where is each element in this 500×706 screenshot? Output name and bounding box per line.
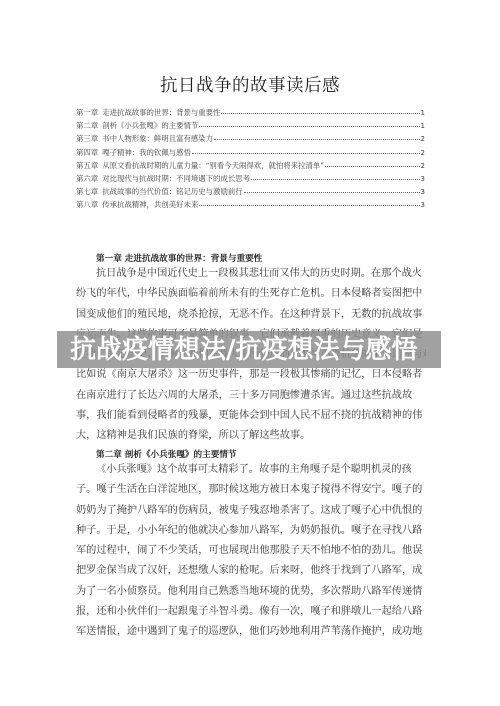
toc-entry[interactable]: 第四章 嘎子精神：我的钦佩与感悟 2 xyxy=(76,147,425,160)
toc-chapter-number: 第五章 xyxy=(76,160,98,171)
toc-entry-title: 传承抗战精神，共创美好未来 xyxy=(102,199,198,210)
paragraph-line: 在南京进行了长达六周的大屠杀，三十多万同胞惨遭杀害。通过这些抗战故 xyxy=(76,386,426,406)
toc-entry[interactable]: 第七章 抗战故事的当代价值：铭记历史与激励前行 3 xyxy=(76,186,425,199)
toc-chapter-number: 第四章 xyxy=(76,147,98,158)
toc-chapter-number: 第六章 xyxy=(76,173,98,184)
toc-entry-title: 对比现代与抗战时期：不同境遇下的成长思考 xyxy=(102,173,250,184)
toc-page-number: 2 xyxy=(421,135,425,143)
paragraph-line: 子。嘎子生活在白洋淀地区，那时候这地方被日本鬼子搅得不得安宁。嘎子的 xyxy=(76,480,426,500)
paragraph-line: 种子。于是，小小年纪的他就决心参加八路军，为奶奶报仇。嘎子在寻找八路 xyxy=(76,521,426,541)
paragraph-line: 把罗金保当成了汉奸，还想缴人家的枪呢。后来呀，他终于找到了八路军，成 xyxy=(76,561,426,581)
toc-page-number: 1 xyxy=(421,122,425,130)
toc-dot-leader xyxy=(244,187,420,193)
paragraph-line: 纷飞的年代，中华民族面临着前所未有的生死存亡危机。日本侵略者妄图把中 xyxy=(76,284,426,304)
paragraph-line: 《小兵张嘎》这个故事可太精彩了。故事的主角嘎子是个聪明机灵的孩 xyxy=(76,460,426,480)
toc-page-number: 3 xyxy=(421,201,425,209)
toc-dot-leader xyxy=(199,121,419,127)
toc-entry-title: 书中人物形象：鲜明且富有感染力 xyxy=(102,133,213,144)
section-heading-chapter-1: 第一章 走进抗战故事的世界：背景与重要性 xyxy=(96,252,262,264)
table-of-contents: 第一章 走进抗战故事的世界：背景与重要性 1 第二章 剖析《小兵张嘎》的主要情节… xyxy=(76,107,425,213)
toc-dot-leader xyxy=(214,134,419,140)
toc-dot-leader xyxy=(221,108,419,114)
toc-chapter-number: 第二章 xyxy=(76,120,98,131)
paragraph-line: 军送情报，途中遇到了鬼子的巡逻队，他们巧妙地利用芦苇荡作掩护，成功地 xyxy=(76,622,426,642)
paragraph-line: 比如说《南京大屠杀》这一历史事件，那是一段极其惨痛的记忆，日本侵略者 xyxy=(76,365,426,385)
toc-entry-title: 走进抗战故事的世界：背景与重要性 xyxy=(102,107,220,118)
section-body-chapter-2: 《小兵张嘎》这个故事可太精彩了。故事的主角嘎子是个聪明机灵的孩 子。嘎子生活在白… xyxy=(76,460,426,643)
paragraph-line: 报，还和小伙伴们一起跟鬼子斗智斗勇。像有一次，嘎子和胖墩儿一起给八路 xyxy=(76,602,426,622)
toc-chapter-number: 第三章 xyxy=(76,133,98,144)
paragraph-line: 奶奶为了掩护八路军的伤病员，被鬼子残忍地杀害了。这成了嘎子心中仇恨的 xyxy=(76,501,426,521)
paragraph-line: 为了一名小侦察员。他利用自己熟悉当地环境的优势，多次帮助八路军传递情 xyxy=(76,582,426,602)
toc-entry[interactable]: 第三章 书中人物形象：鲜明且富有感染力 2 xyxy=(76,133,425,146)
toc-entry[interactable]: 第一章 走进抗战故事的世界：背景与重要性 1 xyxy=(76,107,425,120)
toc-entry-title: 剖析《小兵张嘎》的主要情节 xyxy=(102,120,198,131)
document-title: 抗日战争的故事读后感 xyxy=(0,72,500,97)
toc-chapter-number: 第一章 xyxy=(76,107,98,118)
overlay-banner-title: 抗战疫情想法/抗疫想法与感悟 xyxy=(70,334,418,366)
toc-entry[interactable]: 第二章 剖析《小兵张嘎》的主要情节 1 xyxy=(76,120,425,133)
toc-dot-leader xyxy=(251,174,420,180)
paragraph-line: 事，我们能看到侵略者的残暴，更能体会到中国人民不屈不挠的抗战精神的伟 xyxy=(76,406,426,426)
toc-page-number: 3 xyxy=(421,175,425,183)
toc-entry[interactable]: 第六章 对比现代与抗战时期：不同境遇下的成长思考 3 xyxy=(76,173,425,186)
toc-dot-leader xyxy=(192,148,420,154)
toc-page-number: 2 xyxy=(421,162,425,170)
toc-entry-title: 抗战故事的当代价值：铭记历史与激励前行 xyxy=(102,186,242,197)
toc-page-number: 2 xyxy=(421,149,425,157)
toc-dot-leader xyxy=(325,161,419,167)
toc-entry[interactable]: 第八章 传承抗战精神，共创美好未来 3 xyxy=(76,199,425,212)
toc-entry-title: 从原文看抗战时期的儿童力量：“别看今天闹得欢，就怕将来拉清单” xyxy=(102,160,324,171)
section-heading-chapter-2: 第二章 剖析《小兵张嘎》的主要情节 xyxy=(96,448,237,460)
toc-entry[interactable]: 第五章 从原文看抗战时期的儿童力量：“别看今天闹得欢，就怕将来拉清单” 2 xyxy=(76,160,425,173)
toc-chapter-number: 第七章 xyxy=(76,186,98,197)
toc-page-number: 3 xyxy=(421,188,425,196)
document-page: 抗日战争的故事读后感 第一章 走进抗战故事的世界：背景与重要性 1 第二章 剖析… xyxy=(0,0,500,706)
toc-dot-leader xyxy=(199,200,419,206)
paragraph-line: 军的过程中，闹了不少笑话，可也展现出他那股子天不怕地不怕的劲儿。他误 xyxy=(76,541,426,561)
paragraph-line: 国变成他们的殖民地，烧杀抢掠，无恶不作。在这种背景下，无数的抗战故事 xyxy=(76,305,426,325)
toc-chapter-number: 第八章 xyxy=(76,199,98,210)
toc-entry-title: 嘎子精神：我的钦佩与感悟 xyxy=(102,147,191,158)
toc-page-number: 1 xyxy=(421,109,425,117)
paragraph-line: 大，这精神是我们民族的脊梁，所以了解这些故事。 xyxy=(76,426,426,446)
paragraph-line: 抗日战争是中国近代史上一段极其悲壮而又伟大的历史时期。在那个战火 xyxy=(76,264,426,284)
